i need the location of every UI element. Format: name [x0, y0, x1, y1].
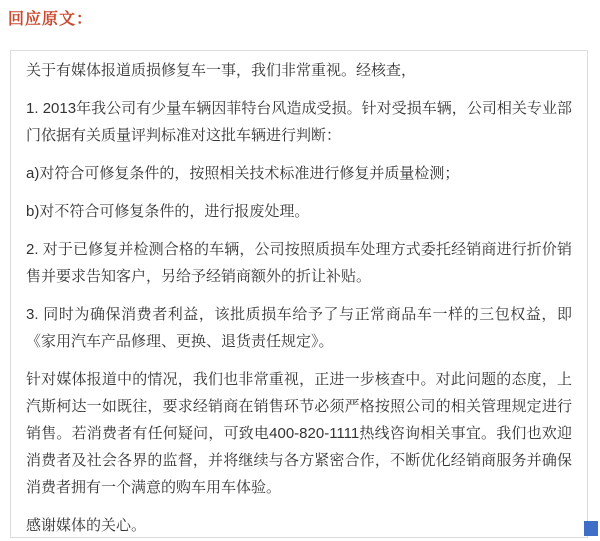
article-response-page: 回应原文： 关于有媒体报道质损修复车一事，我们非常重视。经核查，1. 2013年…: [0, 0, 600, 541]
statement-paragraph: 关于有媒体报道质损修复车一事，我们非常重视。经核查，: [26, 57, 572, 84]
response-original-text-title: 回应原文：: [8, 6, 93, 29]
statement-paragraph: 1. 2013年我公司有少量车辆因菲特台风造成受损。针对受损车辆，公司相关专业部…: [26, 95, 572, 149]
statement-paragraph: 感谢媒体的关心。: [26, 512, 572, 538]
statement-paragraph: 针对媒体报道中的情况，我们也非常重视，正进一步核查中。对此问题的态度，上汽斯柯达…: [26, 366, 572, 501]
statement-paragraph: 2. 对于已修复并检测合格的车辆，公司按照质损车处理方式委托经销商进行折价销售并…: [26, 236, 572, 290]
statement-paragraph: a)对符合可修复条件的，按照相关技术标准进行修复并质量检测；: [26, 160, 572, 187]
statement-paragraph: 3. 同时为确保消费者利益，该批质损车给予了与正常商品车一样的三包权益，即《家用…: [26, 301, 572, 355]
bottom-right-blue-marker: [584, 521, 598, 536]
statement-paragraph: b)对不符合可修复条件的，进行报废处理。: [26, 198, 572, 225]
statement-box: 关于有媒体报道质损修复车一事，我们非常重视。经核查，1. 2013年我公司有少量…: [10, 50, 588, 538]
